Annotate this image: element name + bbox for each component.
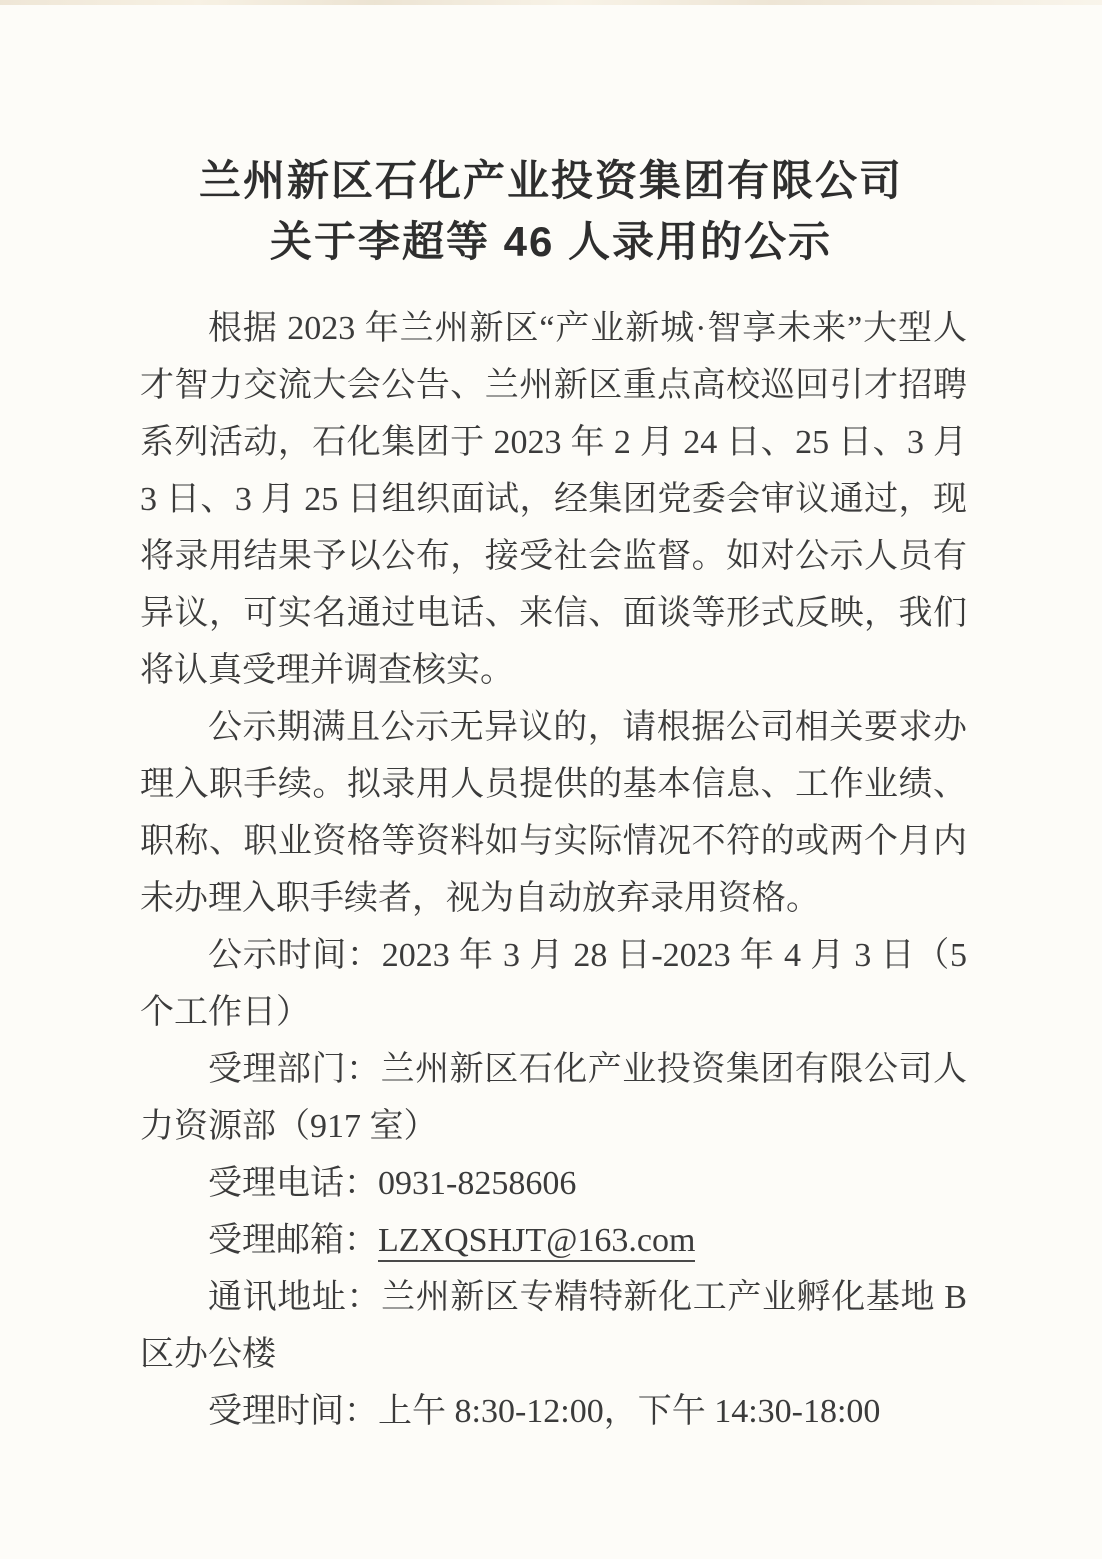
- paragraph-email: 受理邮箱：LZXQSHJT@163.com: [140, 1212, 967, 1269]
- paragraph-intro: 根据 2023 年兰州新区“产业新城·智享未来”大型人才智力交流大会公告、兰州新…: [140, 300, 967, 699]
- paragraph-publicity-period: 公示时间：2023 年 3 月 28 日-2023 年 4 月 3 日（5 个工…: [140, 927, 967, 1041]
- paragraph-procedure: 公示期满且公示无异议的，请根据公司相关要求办理入职手续。拟录用人员提供的基本信息…: [140, 699, 967, 927]
- document-page: 兰州新区石化产业投资集团有限公司 关于李超等 46 人录用的公示 根据 2023…: [0, 0, 1102, 1559]
- document-title: 兰州新区石化产业投资集团有限公司 关于李超等 46 人录用的公示: [120, 150, 982, 272]
- title-line-2: 关于李超等 46 人录用的公示: [120, 211, 982, 272]
- scan-artifact-top: [0, 0, 1102, 5]
- title-line-1: 兰州新区石化产业投资集团有限公司: [120, 150, 982, 211]
- document-body: 根据 2023 年兰州新区“产业新城·智享未来”大型人才智力交流大会公告、兰州新…: [140, 300, 967, 1440]
- paragraph-department: 受理部门：兰州新区石化产业投资集团有限公司人力资源部（917 室）: [140, 1041, 967, 1155]
- email-label: 受理邮箱：: [208, 1222, 378, 1259]
- paragraph-phone: 受理电话：0931-8258606: [140, 1155, 967, 1212]
- email-link[interactable]: LZXQSHJT@163.com: [378, 1222, 695, 1262]
- paragraph-hours: 受理时间：上午 8:30-12:00，下午 14:30-18:00: [140, 1383, 967, 1440]
- paragraph-address: 通讯地址：兰州新区专精特新化工产业孵化基地 B 区办公楼: [140, 1269, 967, 1383]
